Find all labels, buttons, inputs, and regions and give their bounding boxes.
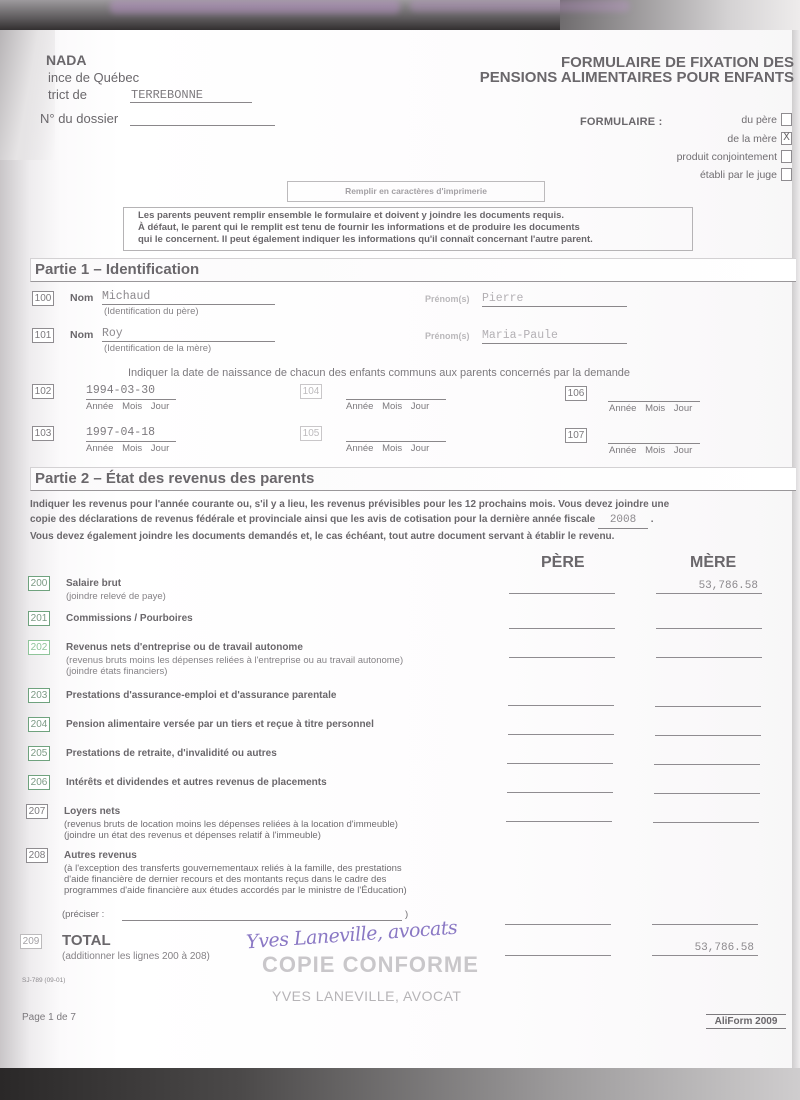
pere-206-field[interactable] [507, 779, 613, 793]
code-209: 209 [20, 934, 42, 949]
mere-207-field[interactable] [653, 809, 759, 823]
mere-204-field[interactable] [655, 722, 761, 736]
intro-line-3: Vous devez également joindre les documen… [30, 529, 770, 544]
checkbox-pere[interactable] [781, 113, 792, 126]
code-206: 206 [28, 775, 50, 790]
intro-line-1: Indiquer les revenus pour l'année couran… [30, 497, 770, 512]
ink-smudge [410, 0, 630, 12]
code-207: 207 [26, 804, 48, 819]
mere-202-field[interactable] [656, 644, 762, 658]
total-sub: (additionner les lignes 200 à 208) [62, 951, 210, 962]
section-part2-title: Partie 2 – État des revenus des parents [30, 467, 796, 491]
option-label: de la mère [727, 133, 777, 145]
pere-200-field[interactable] [509, 580, 615, 594]
father-nom-field[interactable]: Michaud [102, 290, 275, 305]
preciser-close: ) [405, 909, 408, 920]
children-instruction: Indiquer la date de naissance de chacun … [128, 367, 630, 379]
date-format-label: Année Mois Jour [346, 401, 429, 412]
print-notice: Remplir en caractères d'imprimerie [287, 181, 545, 202]
column-header-mere: MÈRE [690, 554, 736, 572]
note-line-3: qui le concernent. Il peut également ind… [138, 234, 692, 246]
date-format-label: Année Mois Jour [609, 403, 692, 414]
pere-201-field[interactable] [509, 615, 615, 629]
checkbox-mere[interactable]: X [781, 132, 792, 145]
note-line-2: À défaut, le parent qui le remplit est t… [138, 222, 692, 234]
pere-208-field[interactable] [505, 911, 611, 925]
intro-line-2: copie des déclarations de revenus fédéra… [30, 512, 770, 529]
pere-207-field[interactable] [506, 808, 612, 822]
column-header-pere: PÈRE [541, 554, 585, 572]
note-line-1: Les parents peuvent remplir ensemble le … [138, 210, 692, 222]
pere-205-field[interactable] [507, 750, 613, 764]
code-202: 202 [28, 640, 50, 655]
row-label: Prestations de retraite, d'invalidité ou… [66, 748, 277, 759]
row-sub-2: (joindre états financiers) [66, 666, 167, 677]
section-part1-title: Partie 1 – Identification [30, 258, 796, 282]
formulaire-option-pere[interactable]: du père [741, 113, 792, 126]
ink-smudge [110, 0, 400, 14]
brand-label: AliForm 2009 [706, 1014, 786, 1029]
father-sub: (Identification du père) [104, 306, 199, 317]
code-203: 203 [28, 688, 50, 703]
part2-intro: Indiquer les revenus pour l'année couran… [30, 497, 770, 544]
code-105: 105 [300, 426, 322, 441]
row-sub-2: d'aide financière de dernier recours et … [64, 874, 386, 885]
preciser-field[interactable] [122, 908, 402, 921]
fiscal-year-field[interactable]: 2008 [598, 513, 648, 529]
code-106: 106 [565, 386, 587, 401]
row-sub-3: programmes d'aide financière aux études … [64, 885, 407, 896]
code-208: 208 [26, 848, 48, 863]
date-format-label: Année Mois Jour [86, 401, 169, 412]
mere-201-field[interactable] [656, 615, 762, 629]
row-label: Autres revenus [64, 850, 137, 861]
checkbox-conjoint[interactable] [781, 150, 792, 163]
father-prenom-field[interactable]: Pierre [482, 292, 627, 307]
nom-label: Nom [70, 292, 93, 304]
code-104: 104 [300, 384, 322, 399]
code-102: 102 [32, 384, 54, 399]
mother-prenom-field[interactable]: Maria-Paule [482, 329, 627, 344]
row-sub: (revenus bruts moins les dépenses reliée… [66, 655, 403, 666]
mere-total-field[interactable]: 53,786.58 [652, 942, 758, 956]
lawyer-stamp: YVES LANEVILLE, AVOCAT [272, 988, 461, 1004]
code-103: 103 [32, 426, 54, 441]
date-format-label: Année Mois Jour [346, 443, 429, 454]
row-sub: (à l'exception des transferts gouverneme… [64, 863, 402, 874]
preciser-label: (préciser : [62, 909, 104, 920]
code-101: 101 [32, 328, 54, 343]
row-label: Revenus nets d'entreprise ou de travail … [66, 642, 303, 653]
child-2-date-field[interactable]: 1997-04-18 [86, 426, 176, 442]
row-sub: (revenus bruts de location moins les dép… [64, 819, 398, 830]
mother-sub: (Identification de la mère) [104, 343, 211, 354]
row-label: Prestations d'assurance-emploi et d'assu… [66, 690, 336, 701]
row-sub: (joindre relevé de paye) [66, 591, 166, 602]
title-line-1: FORMULAIRE DE FIXATION DES [480, 55, 794, 70]
child-5-date-field[interactable] [608, 386, 700, 402]
row-sub-2: (joindre un état des revenus et dépenses… [64, 830, 321, 841]
pere-202-field[interactable] [509, 644, 615, 658]
row-label: Salaire brut [66, 578, 121, 589]
prenom-label: Prénom(s) [425, 294, 470, 304]
district-label: trict de [48, 87, 87, 102]
nom-label: Nom [70, 329, 93, 341]
page-number: Page 1 de 7 [22, 1012, 76, 1023]
code-100: 100 [32, 291, 54, 306]
formulaire-label: FORMULAIRE : [580, 116, 662, 128]
mere-208-field[interactable] [652, 911, 758, 925]
pere-203-field[interactable] [508, 692, 614, 706]
code-107: 107 [565, 428, 587, 443]
code-205: 205 [28, 746, 50, 761]
prenom-label: Prénom(s) [425, 331, 470, 341]
child-6-date-field[interactable] [608, 428, 700, 444]
page-edge [792, 30, 800, 1070]
form-code: SJ-789 (09-01) [22, 977, 65, 984]
page-fold [0, 30, 55, 160]
mere-205-field[interactable] [654, 751, 760, 765]
mere-200-field[interactable]: 53,786.58 [656, 580, 762, 594]
instruction-note: Les parents peuvent remplir ensemble le … [123, 207, 693, 251]
intro-line-2-text: copie des déclarations de revenus fédéra… [30, 514, 595, 525]
title-line-2: PENSIONS ALIMENTAIRES POUR ENFANTS [480, 70, 794, 85]
option-label: produit conjointement [677, 151, 777, 163]
option-label: du père [741, 114, 777, 126]
child-3-date-field[interactable] [346, 384, 446, 400]
total-label: TOTAL [62, 932, 111, 949]
province-label: ince de Québec [48, 70, 139, 85]
child-4-date-field[interactable] [346, 426, 446, 442]
dossier-field[interactable] [130, 125, 275, 126]
formulaire-option-juge[interactable]: établi par le juge [700, 168, 792, 181]
pere-total-field[interactable] [505, 942, 611, 956]
pere-204-field[interactable] [508, 721, 614, 735]
checkbox-juge[interactable] [781, 168, 792, 181]
district-field[interactable]: TERREBONNE [130, 88, 252, 103]
child-1-date-field[interactable]: 1994-03-30 [86, 384, 176, 400]
row-label: Intérêts et dividendes et autres revenus… [66, 777, 327, 788]
row-label: Pension alimentaire versée par un tiers … [66, 719, 374, 730]
mere-206-field[interactable] [654, 780, 760, 794]
form-title: FORMULAIRE DE FIXATION DES PENSIONS ALIM… [480, 55, 794, 85]
copy-stamp: COPIE CONFORME [262, 952, 479, 978]
row-label: Commissions / Pourboires [66, 613, 193, 624]
code-201: 201 [28, 611, 50, 626]
formulaire-option-conjoint[interactable]: produit conjointement [677, 150, 792, 163]
scanner-shadow-bottom [0, 1068, 800, 1100]
country-label: NADA [46, 52, 86, 68]
code-200: 200 [28, 576, 50, 591]
date-format-label: Année Mois Jour [86, 443, 169, 454]
row-label: Loyers nets [64, 806, 120, 817]
option-label: établi par le juge [700, 169, 777, 181]
date-format-label: Année Mois Jour [609, 445, 692, 456]
mere-203-field[interactable] [655, 693, 761, 707]
formulaire-option-mere[interactable]: de la mère X [727, 132, 792, 145]
code-204: 204 [28, 717, 50, 732]
dossier-label: N° du dossier [40, 111, 118, 126]
mother-nom-field[interactable]: Roy [102, 327, 275, 342]
